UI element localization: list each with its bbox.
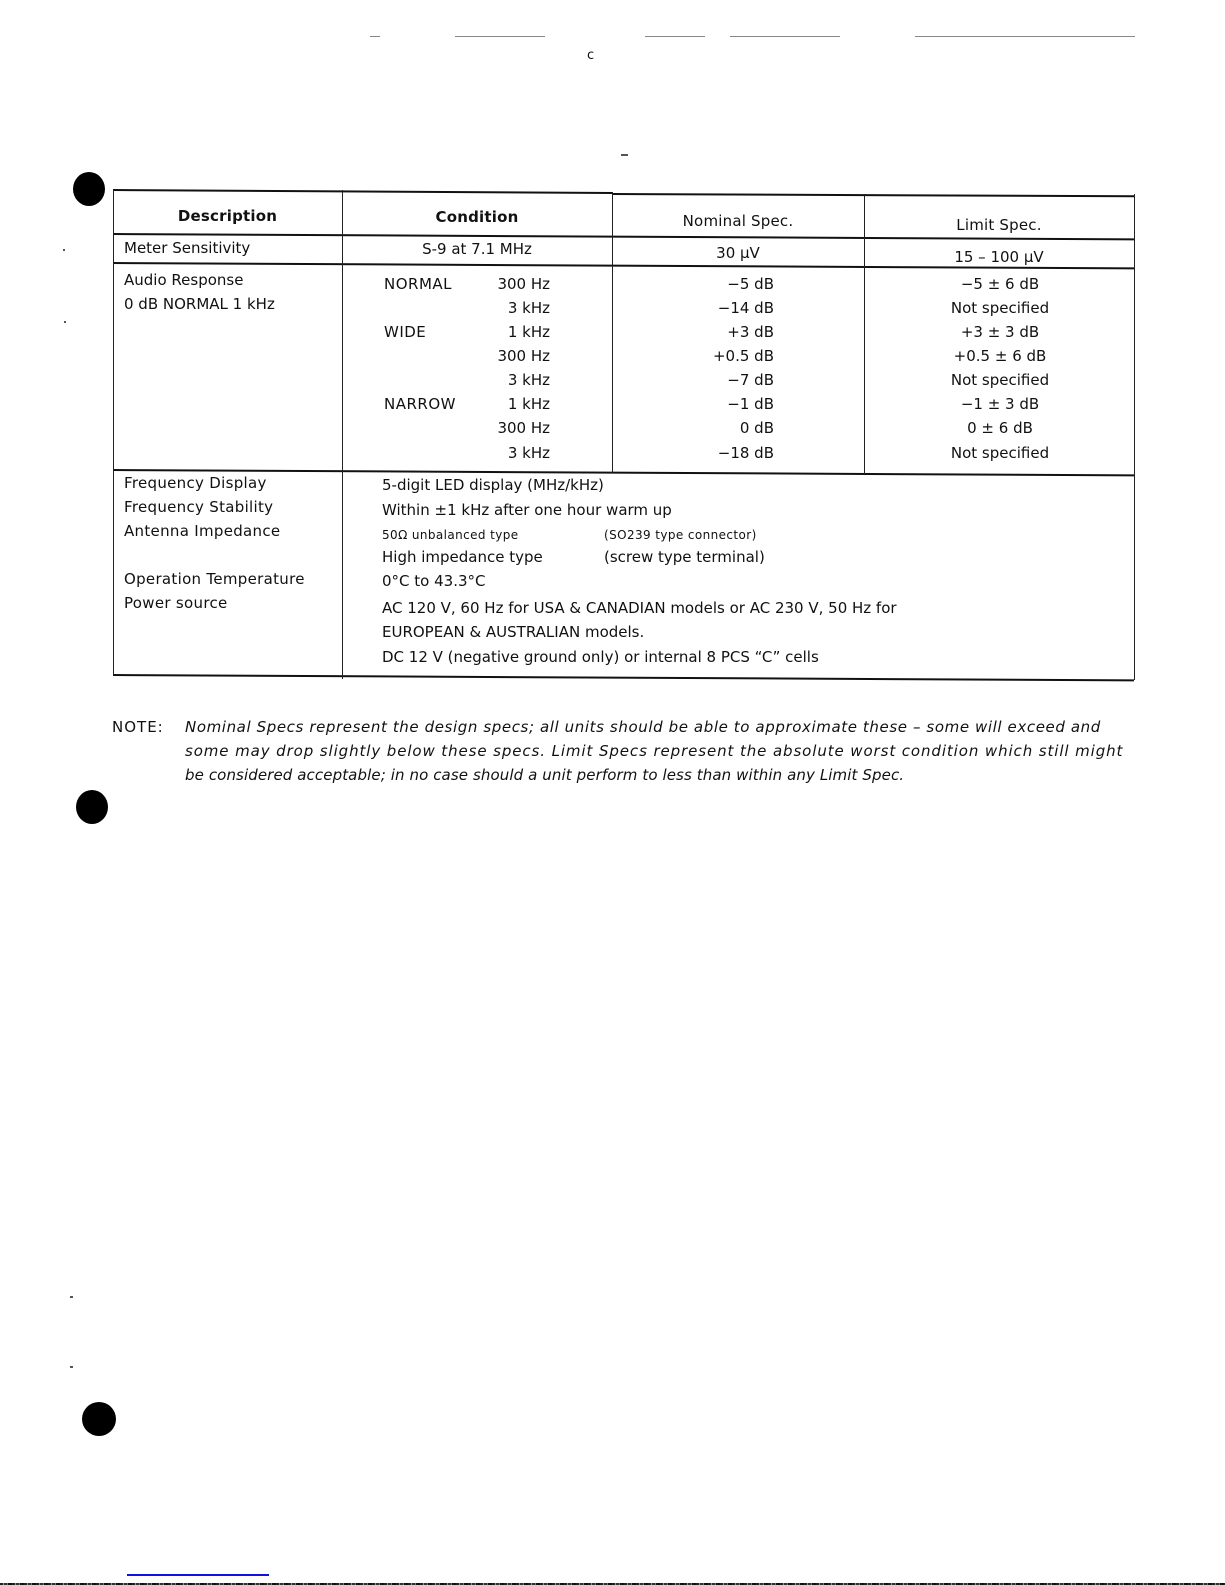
table-rule-top — [612, 193, 1134, 197]
table-col-divider — [342, 190, 343, 679]
table-rule-header — [113, 233, 1134, 240]
meter-limit: 15 – 100 µV — [864, 248, 1134, 266]
audio-limit: +3 ± 3 dB — [900, 323, 1100, 341]
audio-limit: −5 ± 6 dB — [900, 275, 1100, 293]
audio-limit: Not specified — [900, 444, 1100, 462]
audio-frequency: 300 Hz — [460, 347, 550, 365]
scan-noise — [645, 36, 705, 37]
audio-nominal: +0.5 dB — [640, 347, 774, 365]
general-value: AC 120 V, 60 Hz for USA & CANADIAN model… — [382, 599, 897, 617]
note-line: some may drop slightly below these specs… — [185, 742, 1123, 760]
binder-hole — [73, 172, 105, 206]
audio-limit: Not specified — [900, 371, 1100, 389]
audio-nominal: −18 dB — [640, 444, 774, 462]
scan-speck — [64, 321, 66, 323]
audio-nominal: 0 dB — [640, 419, 774, 437]
header-description: Description — [113, 207, 342, 225]
audio-frequency: 300 Hz — [460, 419, 550, 437]
audio-description: Audio Response — [124, 271, 243, 289]
audio-mode: NORMAL — [384, 275, 452, 293]
general-label: Operation Temperature — [124, 570, 305, 588]
general-value: 0°C to 43.3°C — [382, 572, 485, 590]
audio-frequency: 1 kHz — [460, 395, 550, 413]
general-label: Power source — [124, 594, 228, 612]
note-line: be considered acceptable; in no case sho… — [185, 766, 904, 784]
table-border-left — [113, 190, 114, 675]
scan-speck — [70, 1366, 73, 1368]
note-line: Nominal Specs represent the design specs… — [185, 718, 1101, 736]
scan-speck — [63, 249, 65, 251]
audio-frequency: 3 kHz — [460, 371, 550, 389]
meter-condition: S-9 at 7.1 MHz — [342, 240, 612, 258]
binder-hole — [82, 1402, 116, 1436]
antenna-note-screw: (screw type terminal) — [604, 548, 765, 566]
audio-description-ref: 0 dB NORMAL 1 kHz — [124, 295, 275, 313]
header-limit-spec: Limit Spec. — [864, 216, 1134, 234]
meter-nominal: 30 µV — [612, 244, 864, 262]
scan-speck — [621, 154, 628, 156]
audio-limit: 0 ± 6 dB — [900, 419, 1100, 437]
general-label: Antenna Impedance — [124, 522, 280, 540]
note-label: NOTE: — [112, 718, 164, 736]
general-label: Frequency Stability — [124, 498, 273, 516]
general-value: 50Ω unbalanced type — [382, 526, 519, 544]
scan-noise — [370, 36, 380, 37]
table-rule-bottom — [113, 674, 1134, 681]
audio-frequency: 1 kHz — [460, 323, 550, 341]
audio-frequency: 3 kHz — [460, 444, 550, 462]
audio-nominal: −14 dB — [640, 299, 774, 317]
audio-limit: Not specified — [900, 299, 1100, 317]
audio-nominal: +3 dB — [640, 323, 774, 341]
audio-limit: +0.5 ± 6 dB — [900, 347, 1100, 365]
audio-nominal: −7 dB — [640, 371, 774, 389]
table-rule-top — [113, 189, 613, 194]
audio-limit: −1 ± 3 dB — [900, 395, 1100, 413]
general-label: Frequency Display — [124, 474, 267, 492]
scan-noise — [915, 36, 1135, 37]
audio-nominal: −5 dB — [640, 275, 774, 293]
audio-frequency: 3 kHz — [460, 299, 550, 317]
page-mark: c — [587, 48, 594, 63]
audio-nominal: −1 dB — [640, 395, 774, 413]
audio-mode: WIDE — [384, 323, 426, 341]
scan-noise — [730, 36, 840, 37]
audio-mode: NARROW — [384, 395, 456, 413]
general-value: High impedance type — [382, 548, 543, 566]
table-col-divider — [864, 194, 865, 474]
table-border-right — [1134, 194, 1135, 680]
header-nominal-spec: Nominal Spec. — [612, 212, 864, 230]
audio-frequency: 300 Hz — [460, 275, 550, 293]
general-value: DC 12 V (negative ground only) or intern… — [382, 648, 819, 666]
general-value: 5-digit LED display (MHz/kHz) — [382, 476, 604, 494]
scan-noise — [455, 36, 545, 37]
general-value: Within ±1 kHz after one hour warm up — [382, 501, 672, 519]
binder-hole — [76, 790, 108, 824]
scan-speck — [70, 1296, 73, 1298]
antenna-note-so239: (SO239 type connector) — [604, 526, 757, 544]
meter-description: Meter Sensitivity — [124, 239, 250, 257]
table-col-divider — [612, 192, 613, 473]
header-condition: Condition — [342, 208, 612, 226]
general-value: EUROPEAN & AUSTRALIAN models. — [382, 623, 644, 641]
blue-underline-mark — [127, 1574, 269, 1576]
